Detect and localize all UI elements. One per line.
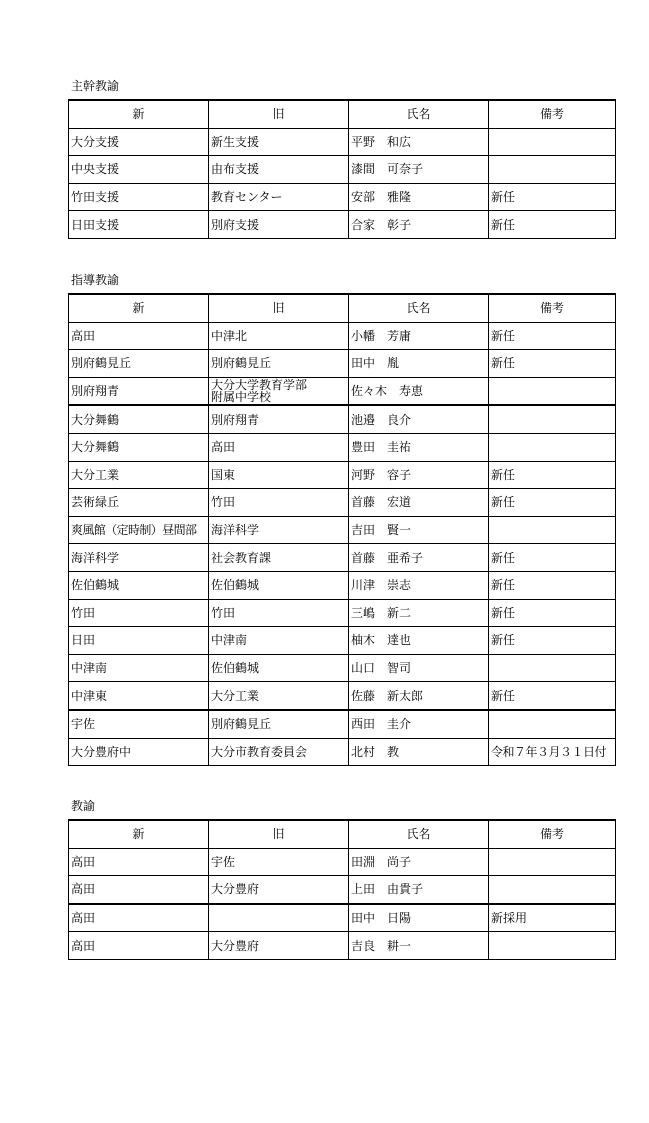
personnel-table: 新 旧 氏名 備考 高田 中津北 小幡 芳庸 新任 別府鶴見丘 別府鶴見丘 田中… <box>68 293 616 766</box>
cell-old: 新生支援 <box>209 128 349 156</box>
table-row: 高田 田中 日陽 新採用 <box>69 904 616 932</box>
cell-new: 中央支援 <box>69 156 209 184</box>
table-header-row: 新 旧 氏名 備考 <box>69 100 616 128</box>
cell-new: 中津東 <box>69 682 209 710</box>
table-header-row: 新 旧 氏名 備考 <box>69 294 616 322</box>
cell-note <box>489 654 616 682</box>
cell-note: 新任 <box>489 489 616 517</box>
table-row: 別府鶴見丘 別府鶴見丘 田中 胤 新任 <box>69 350 616 378</box>
cell-name: 西田 圭介 <box>349 710 489 738</box>
cell-new: 大分豊府中 <box>69 738 209 766</box>
cell-name: 安部 雅隆 <box>349 183 489 211</box>
table-row: 大分舞鶴 別府翔青 池邉 良介 <box>69 405 616 433</box>
cell-new: 別府翔青 <box>69 377 209 405</box>
table-row: 高田 宇佐 田淵 尚子 <box>69 848 616 876</box>
cell-old: 別府支援 <box>209 211 349 239</box>
cell-note <box>489 377 616 405</box>
cell-new: 竹田 <box>69 599 209 627</box>
section-title: 教諭 <box>71 799 615 813</box>
cell-note <box>489 932 616 960</box>
table-row: 中津東 大分工業 佐藤 新太郎 新任 <box>69 682 616 710</box>
table-row: 大分舞鶴 高田 豊田 圭祐 <box>69 433 616 461</box>
cell-old: 佐伯鶴城 <box>209 654 349 682</box>
cell-old: 高田 <box>209 433 349 461</box>
cell-note: 新任 <box>489 682 616 710</box>
cell-old: 大分豊府 <box>209 932 349 960</box>
cell-new: 高田 <box>69 932 209 960</box>
cell-old: 大分大学教育学部附属中学校 <box>209 377 349 405</box>
cell-new: 海洋科学 <box>69 544 209 572</box>
cell-note: 新任 <box>489 183 616 211</box>
section-title: 指導教諭 <box>71 273 615 287</box>
cell-name: 首藤 宏道 <box>349 489 489 517</box>
column-header-name: 氏名 <box>349 294 489 322</box>
table-row: 大分支援 新生支援 平野 和広 <box>69 128 616 156</box>
cell-name: 上田 由貴子 <box>349 876 489 904</box>
cell-name: 山口 智司 <box>349 654 489 682</box>
cell-name: 佐藤 新太郎 <box>349 682 489 710</box>
column-header-name: 氏名 <box>349 820 489 848</box>
cell-note: 令和７年３月３１日付 <box>489 738 616 766</box>
section-title: 主幹教諭 <box>71 79 615 93</box>
cell-note <box>489 128 616 156</box>
cell-new: 芸術緑丘 <box>69 489 209 517</box>
cell-new: 中津南 <box>69 654 209 682</box>
cell-new: 高田 <box>69 904 209 932</box>
cell-note: 新任 <box>489 350 616 378</box>
cell-new: 宇佐 <box>69 710 209 738</box>
column-header-note: 備考 <box>489 100 616 128</box>
cell-new: 竹田支援 <box>69 183 209 211</box>
cell-new: 日田 <box>69 627 209 655</box>
personnel-table: 新 旧 氏名 備考 高田 宇佐 田淵 尚子 高田 大分豊府 上田 由貴子 高田 … <box>68 819 616 960</box>
cell-old: 大分市教育委員会 <box>209 738 349 766</box>
cell-old: 竹田 <box>209 489 349 517</box>
cell-name: 首藤 亜希子 <box>349 544 489 572</box>
cell-old: 海洋科学 <box>209 516 349 544</box>
cell-new: 大分支援 <box>69 128 209 156</box>
cell-new: 別府鶴見丘 <box>69 350 209 378</box>
cell-new: 大分舞鶴 <box>69 433 209 461</box>
table-row: 日田 中津南 柚木 達也 新任 <box>69 627 616 655</box>
column-header-old: 旧 <box>209 294 349 322</box>
cell-name: 平野 和広 <box>349 128 489 156</box>
table-row: 高田 大分豊府 吉良 耕一 <box>69 932 616 960</box>
cell-new: 高田 <box>69 322 209 350</box>
cell-note <box>489 876 616 904</box>
cell-name: 北村 教 <box>349 738 489 766</box>
column-header-old: 旧 <box>209 820 349 848</box>
column-header-note: 備考 <box>489 820 616 848</box>
section-teachers: 教諭 新 旧 氏名 備考 高田 宇佐 田淵 尚子 高田 大分豊府 上田 由貴子 … <box>68 799 615 960</box>
table-row: 芸術緑丘 竹田 首藤 宏道 新任 <box>69 489 616 517</box>
cell-name: 合家 彰子 <box>349 211 489 239</box>
cell-note: 新任 <box>489 211 616 239</box>
column-header-old: 旧 <box>209 100 349 128</box>
table-header-row: 新 旧 氏名 備考 <box>69 820 616 848</box>
cell-name: 漆間 可奈子 <box>349 156 489 184</box>
table-row: 別府翔青 大分大学教育学部附属中学校 佐々木 寿恵 <box>69 377 616 405</box>
cell-name: 河野 容子 <box>349 461 489 489</box>
table-row: 中津南 佐伯鶴城 山口 智司 <box>69 654 616 682</box>
cell-name: 田中 日陽 <box>349 904 489 932</box>
column-header-new: 新 <box>69 294 209 322</box>
column-header-note: 備考 <box>489 294 616 322</box>
cell-note: 新採用 <box>489 904 616 932</box>
cell-note <box>489 405 616 433</box>
cell-name: 川津 崇志 <box>349 571 489 599</box>
cell-old: 国東 <box>209 461 349 489</box>
cell-note <box>489 433 616 461</box>
table-row: 竹田支援 教育センター 安部 雅隆 新任 <box>69 183 616 211</box>
column-header-new: 新 <box>69 820 209 848</box>
cell-old: 中津北 <box>209 322 349 350</box>
table-row: 大分豊府中 大分市教育委員会 北村 教 令和７年３月３１日付 <box>69 738 616 766</box>
cell-old: 大分豊府 <box>209 876 349 904</box>
cell-new: 日田支援 <box>69 211 209 239</box>
cell-name: 三嶋 新二 <box>349 599 489 627</box>
cell-note: 新任 <box>489 461 616 489</box>
table-row: 佐伯鶴城 佐伯鶴城 川津 崇志 新任 <box>69 571 616 599</box>
cell-old: 教育センター <box>209 183 349 211</box>
personnel-table: 新 旧 氏名 備考 大分支援 新生支援 平野 和広 中央支援 由布支援 漆間 可… <box>68 99 616 239</box>
cell-note: 新任 <box>489 571 616 599</box>
table-row: 竹田 竹田 三嶋 新二 新任 <box>69 599 616 627</box>
cell-old: 佐伯鶴城 <box>209 571 349 599</box>
cell-new: 佐伯鶴城 <box>69 571 209 599</box>
table-row: 高田 大分豊府 上田 由貴子 <box>69 876 616 904</box>
cell-note <box>489 156 616 184</box>
cell-name: 柚木 達也 <box>349 627 489 655</box>
cell-new: 大分舞鶴 <box>69 405 209 433</box>
cell-name: 池邉 良介 <box>349 405 489 433</box>
cell-name: 小幡 芳庸 <box>349 322 489 350</box>
cell-note: 新任 <box>489 322 616 350</box>
table-row: 宇佐 別府鶴見丘 西田 圭介 <box>69 710 616 738</box>
cell-note: 新任 <box>489 544 616 572</box>
table-row: 大分工業 国東 河野 容子 新任 <box>69 461 616 489</box>
cell-old: 中津南 <box>209 627 349 655</box>
cell-note <box>489 848 616 876</box>
cell-name: 田淵 尚子 <box>349 848 489 876</box>
cell-old: 竹田 <box>209 599 349 627</box>
cell-note: 新任 <box>489 599 616 627</box>
cell-note <box>489 710 616 738</box>
cell-new: 大分工業 <box>69 461 209 489</box>
cell-old: 別府鶴見丘 <box>209 710 349 738</box>
cell-old: 社会教育課 <box>209 544 349 572</box>
cell-new: 高田 <box>69 848 209 876</box>
cell-name: 佐々木 寿恵 <box>349 377 489 405</box>
cell-name: 吉田 賢一 <box>349 516 489 544</box>
cell-old: 由布支援 <box>209 156 349 184</box>
cell-note <box>489 516 616 544</box>
table-row: 爽風館（定時制）昼間部 海洋科学 吉田 賢一 <box>69 516 616 544</box>
table-row: 日田支援 別府支援 合家 彰子 新任 <box>69 211 616 239</box>
cell-name: 吉良 耕一 <box>349 932 489 960</box>
table-row: 高田 中津北 小幡 芳庸 新任 <box>69 322 616 350</box>
cell-new: 高田 <box>69 876 209 904</box>
column-header-new: 新 <box>69 100 209 128</box>
cell-new: 爽風館（定時制）昼間部 <box>69 516 209 544</box>
table-row: 中央支援 由布支援 漆間 可奈子 <box>69 156 616 184</box>
table-row: 海洋科学 社会教育課 首藤 亜希子 新任 <box>69 544 616 572</box>
cell-name: 田中 胤 <box>349 350 489 378</box>
cell-old: 宇佐 <box>209 848 349 876</box>
cell-old <box>209 904 349 932</box>
column-header-name: 氏名 <box>349 100 489 128</box>
cell-old: 大分工業 <box>209 682 349 710</box>
cell-name: 豊田 圭祐 <box>349 433 489 461</box>
section-guidance-teachers: 指導教諭 新 旧 氏名 備考 高田 中津北 小幡 芳庸 新任 別府鶴見丘 別府鶴… <box>68 273 615 766</box>
cell-old: 別府翔青 <box>209 405 349 433</box>
cell-old: 別府鶴見丘 <box>209 350 349 378</box>
cell-note: 新任 <box>489 627 616 655</box>
section-chief-teachers: 主幹教諭 新 旧 氏名 備考 大分支援 新生支援 平野 和広 中央支援 由布支援… <box>68 79 615 239</box>
